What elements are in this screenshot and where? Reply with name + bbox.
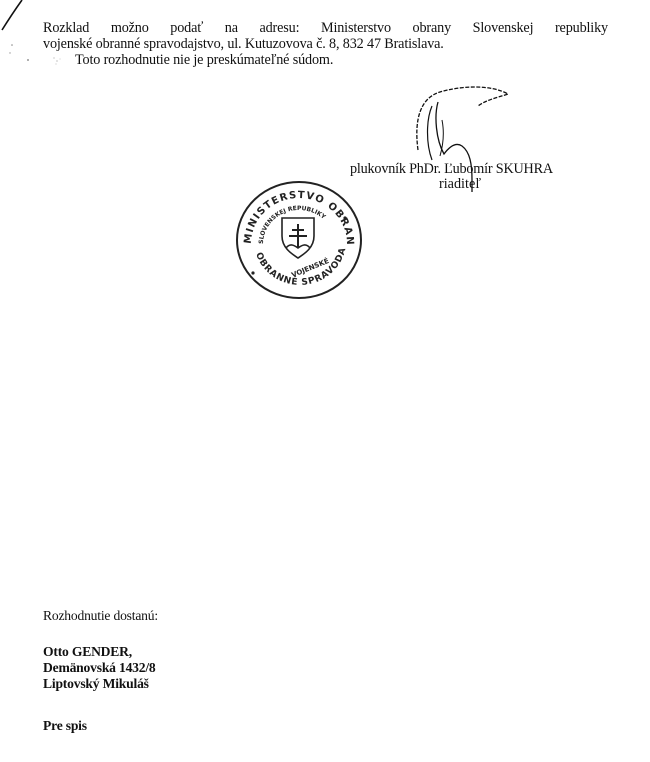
- recipient-address: Otto GENDER, Demänovská 1432/8 Liptovský…: [43, 644, 156, 692]
- official-stamp: MINISTERSTVO OBRANY SLOVENSKEJ REPUBLIKY…: [233, 178, 365, 302]
- document-page: Rozklad možno podať na adresu: Ministers…: [0, 0, 650, 762]
- appeal-line-1: Rozklad možno podať na adresu: Ministers…: [43, 20, 608, 36]
- recipient-city: Liptovský Mikuláš: [43, 676, 156, 692]
- recipient-street: Demänovská 1432/8: [43, 660, 156, 676]
- appeal-instructions: Rozklad možno podať na adresu: Ministers…: [43, 20, 608, 52]
- review-note: Toto rozhodnutie nie je preskúmateľné sú…: [75, 52, 640, 68]
- file-copy-label: Pre spis: [43, 718, 87, 734]
- appeal-line-2: vojenské obranné spravodajstvo, ul. Kutu…: [43, 36, 608, 52]
- coat-of-arms-icon: [282, 218, 314, 258]
- signatory-role: riaditeľ: [439, 176, 481, 192]
- recipient-name: Otto GENDER,: [43, 644, 156, 660]
- distribution-heading: Rozhodnutie dostanú:: [43, 608, 158, 624]
- signatory-name: plukovník PhDr. Ľubomír SKUHRA: [350, 161, 553, 177]
